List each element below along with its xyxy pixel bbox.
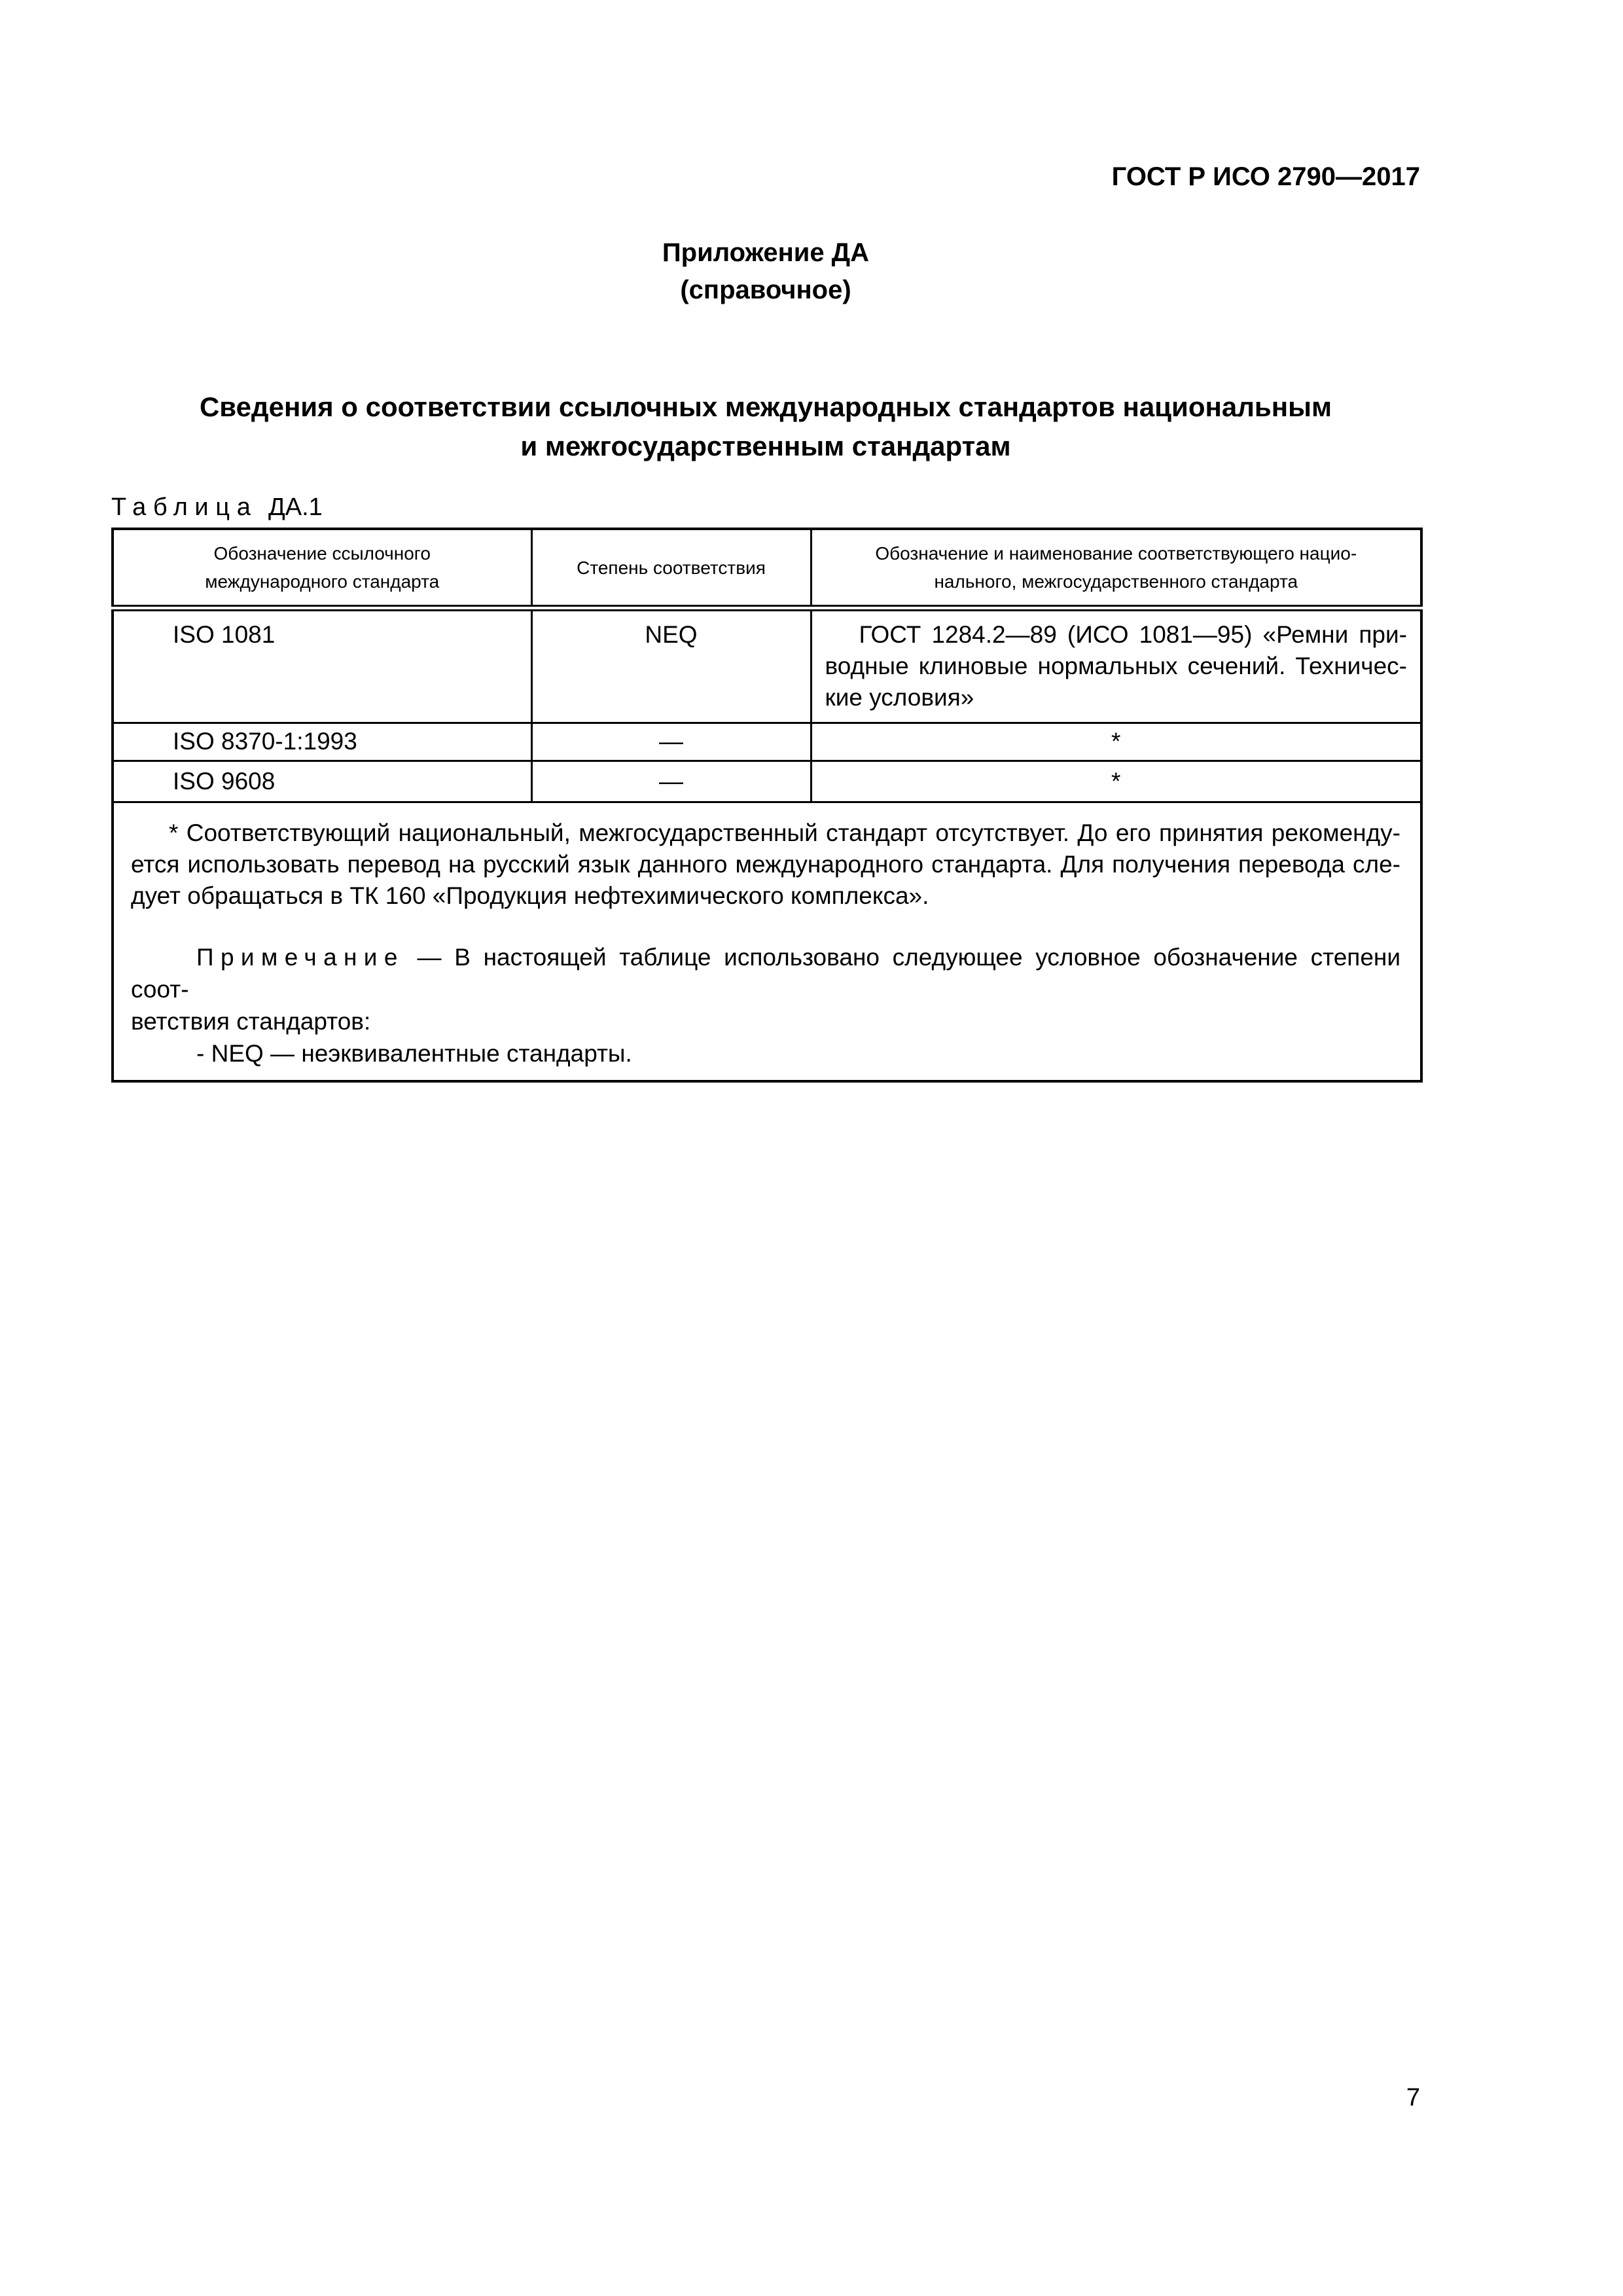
table-footnote: * Соответствующий национальный, межгосуд… bbox=[131, 817, 1400, 912]
document-code: ГОСТ Р ИСО 2790—2017 bbox=[111, 161, 1420, 192]
header-col3-line1: Обозначение и наименование соответствующ… bbox=[824, 539, 1409, 567]
footnote-line: дует обращаться в ТК 160 «Продукция нефт… bbox=[131, 880, 1400, 912]
table-caption-word: Таблица bbox=[111, 493, 257, 521]
standard-cell: ISO 1081 bbox=[113, 608, 531, 723]
correspondence-line: кие условия» bbox=[825, 682, 1408, 713]
header-col2-line1: Степень соответствия bbox=[544, 554, 798, 582]
table-caption: Таблица ДА.1 bbox=[111, 492, 1420, 522]
note-line: ветствия стандартов: bbox=[131, 1005, 1400, 1037]
page-title: Сведения о соответствии ссылочных междун… bbox=[111, 387, 1420, 466]
standard-cell: ISO 8370-1:1993 bbox=[113, 723, 531, 761]
correspondence-cell: * bbox=[811, 723, 1421, 761]
footnote-line: ется использовать перевод на русский язы… bbox=[131, 849, 1400, 880]
correspondence-line: водные клиновые нормальных сечений. Техн… bbox=[825, 651, 1408, 682]
degree-cell: — bbox=[531, 761, 811, 802]
correspondence-line: ГОСТ 1284.2—89 (ИСО 1081—95) «Ремни при- bbox=[825, 619, 1408, 651]
appendix-kind: (справочное) bbox=[111, 272, 1420, 309]
note-line: - NEQ — неэквивалентные стандарты. bbox=[131, 1037, 1400, 1069]
header-cell-national-standard: Обозначение и наименование соответствующ… bbox=[811, 529, 1421, 608]
appendix-heading: Приложение ДА (справочное) bbox=[111, 234, 1420, 309]
header-col3-line2: нального, межгосударственного стандарта bbox=[824, 567, 1409, 596]
table-header-row: Обозначение ссылочного международного ст… bbox=[113, 529, 1421, 608]
header-col1-line1: Обозначение ссылочного bbox=[126, 539, 519, 567]
table-row: ISO 8370-1:1993 — * bbox=[113, 723, 1421, 761]
degree-cell: — bbox=[531, 723, 811, 761]
header-cell-international-standard: Обозначение ссылочного международного ст… bbox=[113, 529, 531, 608]
table-row: ISO 1081 NEQ ГОСТ 1284.2—89 (ИСО 1081—95… bbox=[113, 608, 1421, 723]
table-caption-number: ДА.1 bbox=[268, 493, 323, 521]
correspondence-table: Обозначение ссылочного международного ст… bbox=[111, 528, 1423, 1083]
degree-cell: NEQ bbox=[531, 608, 811, 723]
table-note: Примечание — В настоящей таблице использ… bbox=[131, 941, 1400, 1069]
correspondence-cell: ГОСТ 1284.2—89 (ИСО 1081—95) «Ремни при-… bbox=[811, 608, 1421, 723]
footnote-line: * Соответствующий национальный, межгосуд… bbox=[131, 817, 1400, 849]
page-number: 7 bbox=[111, 2083, 1420, 2113]
appendix-label: Приложение ДА bbox=[111, 234, 1420, 272]
document-page: ГОСТ Р ИСО 2790—2017 Приложение ДА (спра… bbox=[0, 0, 1623, 2296]
note-line: Примечание — В настоящей таблице использ… bbox=[131, 941, 1400, 1005]
page-title-line-2: и межгосударственным стандартам bbox=[111, 427, 1420, 466]
header-col1-line2: международного стандарта bbox=[126, 567, 519, 596]
correspondence-cell: * bbox=[811, 761, 1421, 802]
standard-cell: ISO 9608 bbox=[113, 761, 531, 802]
page-title-line-1: Сведения о соответствии ссылочных междун… bbox=[111, 387, 1420, 427]
table-footnote-row: * Соответствующий национальный, межгосуд… bbox=[113, 802, 1421, 1082]
header-cell-degree: Степень соответствия bbox=[531, 529, 811, 608]
note-label: Примечание bbox=[196, 944, 404, 971]
footnote-cell: * Соответствующий национальный, межгосуд… bbox=[113, 802, 1421, 1082]
page-content: ГОСТ Р ИСО 2790—2017 Приложение ДА (спра… bbox=[111, 161, 1420, 1083]
table-row: ISO 9608 — * bbox=[113, 761, 1421, 802]
